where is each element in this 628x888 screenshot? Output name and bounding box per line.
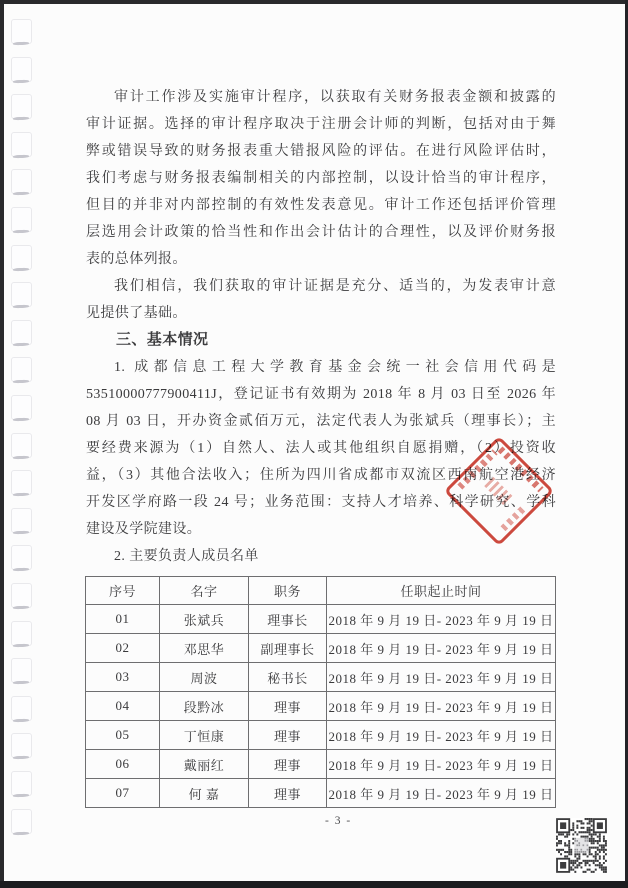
table-cell: 2018 年 9 月 19 日- 2023 年 9 月 19 日 xyxy=(327,663,556,692)
text-line: 益，（3）其他合法收入；住所为四川省成都市双流区西南航空港经济 xyxy=(86,462,556,489)
table-cell: 理事 xyxy=(249,779,327,808)
table-cell: 理事长 xyxy=(249,605,327,634)
binding-holes xyxy=(9,0,35,888)
table-cell: 2018 年 9 月 19 日- 2023 年 9 月 19 日 xyxy=(327,605,556,634)
table-row: 07何 嘉理事2018 年 9 月 19 日- 2023 年 9 月 19 日 xyxy=(86,779,556,808)
body-text: 审计工作涉及实施审计程序，以获取有关财务报表金额和披露的审计证据。选择的审计程序… xyxy=(86,84,556,570)
page-number: - 3 - xyxy=(325,815,352,827)
binding-hole-shadow xyxy=(13,568,29,572)
binding-hole xyxy=(11,621,32,646)
binding-hole-shadow xyxy=(13,418,29,422)
binding-hole xyxy=(11,320,32,345)
table-row: 01张斌兵理事长2018 年 9 月 19 日- 2023 年 9 月 19 日 xyxy=(86,605,556,634)
binding-hole xyxy=(11,395,32,420)
table-cell: 2018 年 9 月 19 日- 2023 年 9 月 19 日 xyxy=(327,779,556,808)
binding-hole-shadow xyxy=(13,493,29,497)
scan-edge-bottom xyxy=(0,881,628,888)
binding-hole-shadow xyxy=(13,831,29,835)
column-header: 名字 xyxy=(160,577,249,605)
binding-hole xyxy=(11,658,32,683)
table-row: 05丁恒康理事2018 年 9 月 19 日- 2023 年 9 月 19 日 xyxy=(86,721,556,750)
binding-hole-shadow xyxy=(13,42,29,46)
binding-hole-shadow xyxy=(13,117,29,121)
table-cell: 07 xyxy=(86,779,160,808)
scan-edge-top xyxy=(0,0,628,4)
table-cell: 04 xyxy=(86,692,160,721)
section-heading: 三、基本情况 xyxy=(86,327,556,354)
binding-hole-shadow xyxy=(13,79,29,83)
column-header: 任职起止时间 xyxy=(327,577,556,605)
column-header: 序号 xyxy=(86,577,160,605)
table-cell: 何 嘉 xyxy=(160,779,249,808)
text-line: 我们相信，我们获取的审计证据是充分、适当的，为发表审计意 xyxy=(86,273,556,300)
binding-hole xyxy=(11,169,32,194)
binding-hole xyxy=(11,357,32,382)
table-row: 04段黔冰理事2018 年 9 月 19 日- 2023 年 9 月 19 日 xyxy=(86,692,556,721)
binding-hole xyxy=(11,245,32,270)
text-line: 层选用会计政策的恰当性和作出会计估计的合理性，以及评价财务报 xyxy=(86,219,556,246)
table-cell: 03 xyxy=(86,663,160,692)
column-header: 职务 xyxy=(249,577,327,605)
table-cell: 02 xyxy=(86,634,160,663)
binding-hole xyxy=(11,207,32,232)
text-line: 08 月 03 日，开办资金贰佰万元，法定代表人为张斌兵（理事长）；主 xyxy=(86,408,556,435)
binding-hole xyxy=(11,771,32,796)
text-line: 审计证据。选择的审计程序取决于注册会计师的判断，包括对由于舞 xyxy=(86,111,556,138)
binding-hole-shadow xyxy=(13,343,29,347)
table-cell: 秘书长 xyxy=(249,663,327,692)
table-cell: 2018 年 9 月 19 日- 2023 年 9 月 19 日 xyxy=(327,634,556,663)
scan-edge-left xyxy=(0,0,4,888)
table-cell: 邓思华 xyxy=(160,634,249,663)
binding-hole xyxy=(11,19,32,44)
text-line: 开发区学府路一段 24 号；业务范围：支持人才培养、科学研究、学科 xyxy=(86,489,556,516)
binding-hole-shadow xyxy=(13,380,29,384)
table-row: 02邓思华副理事长2018 年 9 月 19 日- 2023 年 9 月 19 … xyxy=(86,634,556,663)
qr-code-icon xyxy=(556,818,607,873)
scanned-document: { "document": { "blocks": [ { "type": "p… xyxy=(0,0,628,888)
binding-hole xyxy=(11,433,32,458)
text-line: 见提供了基础。 xyxy=(86,300,556,327)
table-cell: 理事 xyxy=(249,721,327,750)
table-cell: 2018 年 9 月 19 日- 2023 年 9 月 19 日 xyxy=(327,750,556,779)
table-cell: 戴丽红 xyxy=(160,750,249,779)
paragraph: 2. 主要负责人成员名单 xyxy=(86,543,556,570)
binding-hole xyxy=(11,94,32,119)
binding-hole-shadow xyxy=(13,643,29,647)
binding-hole-shadow xyxy=(13,606,29,610)
binding-hole xyxy=(11,508,32,533)
table-cell: 06 xyxy=(86,750,160,779)
binding-hole xyxy=(11,282,32,307)
table-cell: 2018 年 9 月 19 日- 2023 年 9 月 19 日 xyxy=(327,692,556,721)
table-row: 06戴丽红理事2018 年 9 月 19 日- 2023 年 9 月 19 日 xyxy=(86,750,556,779)
table-cell: 理事 xyxy=(249,692,327,721)
table-cell: 副理事长 xyxy=(249,634,327,663)
table-cell: 01 xyxy=(86,605,160,634)
table-cell: 理事 xyxy=(249,750,327,779)
binding-hole-shadow xyxy=(13,192,29,196)
binding-hole-shadow xyxy=(13,155,29,159)
binding-hole xyxy=(11,809,32,834)
binding-hole-shadow xyxy=(13,305,29,309)
binding-hole-shadow xyxy=(13,267,29,271)
text-line: 我们考虑与财务报表编制相关的内部控制，以设计恰当的审计程序， xyxy=(86,165,556,192)
text-line: 弊或错误导致的财务报表重大错报风险的评估。在进行风险评估时， xyxy=(86,138,556,165)
binding-hole xyxy=(11,57,32,82)
text-line: 但目的并非对内部控制的有效性发表意见。审计工作还包括评价管理 xyxy=(86,192,556,219)
paragraph: 我们相信，我们获取的审计证据是充分、适当的，为发表审计意见提供了基础。 xyxy=(86,273,556,327)
text-line: 建设及学院建设。 xyxy=(86,516,556,543)
table-cell: 张斌兵 xyxy=(160,605,249,634)
text-line: 三、基本情况 xyxy=(86,327,556,354)
table-cell: 丁恒康 xyxy=(160,721,249,750)
text-line: 2. 主要负责人成员名单 xyxy=(86,543,556,570)
officials-table: 序号名字职务任职起止时间 01张斌兵理事长2018 年 9 月 19 日- 20… xyxy=(85,576,556,808)
table-cell: 段黔冰 xyxy=(160,692,249,721)
document-page: 审计工作涉及实施审计程序，以获取有关财务报表金额和披露的审计证据。选择的审计程序… xyxy=(0,0,628,888)
binding-hole-shadow xyxy=(13,794,29,798)
text-line: 1. 成都信息工程大学教育基金会统一社会信用代码是 xyxy=(86,354,556,381)
binding-hole-shadow xyxy=(13,230,29,234)
binding-hole-shadow xyxy=(13,455,29,459)
table-cell: 2018 年 9 月 19 日- 2023 年 9 月 19 日 xyxy=(327,721,556,750)
text-line: 审计工作涉及实施审计程序，以获取有关财务报表金额和披露的 xyxy=(86,84,556,111)
paragraph: 审计工作涉及实施审计程序，以获取有关财务报表金额和披露的审计证据。选择的审计程序… xyxy=(86,84,556,273)
binding-hole-shadow xyxy=(13,531,29,535)
binding-hole xyxy=(11,132,32,157)
binding-hole xyxy=(11,696,32,721)
binding-hole xyxy=(11,583,32,608)
binding-hole xyxy=(11,470,32,495)
text-line: 要经费来源为（1）自然人、法人或其他组织自愿捐赠，（2）投资收 xyxy=(86,435,556,462)
binding-hole-shadow xyxy=(13,681,29,685)
table-row: 03周波秘书长2018 年 9 月 19 日- 2023 年 9 月 19 日 xyxy=(86,663,556,692)
text-line: 表的总体列报。 xyxy=(86,246,556,273)
binding-hole-shadow xyxy=(13,719,29,723)
binding-hole xyxy=(11,545,32,570)
table-header-row: 序号名字职务任职起止时间 xyxy=(86,577,556,605)
binding-hole xyxy=(11,733,32,758)
binding-hole-shadow xyxy=(13,756,29,760)
table-cell: 05 xyxy=(86,721,160,750)
text-line: 53510000777900411J，登记证书有效期为 2018 年 8 月 0… xyxy=(86,381,556,408)
paragraph: 1. 成都信息工程大学教育基金会统一社会信用代码是535100007779004… xyxy=(86,354,556,543)
table-cell: 周波 xyxy=(160,663,249,692)
